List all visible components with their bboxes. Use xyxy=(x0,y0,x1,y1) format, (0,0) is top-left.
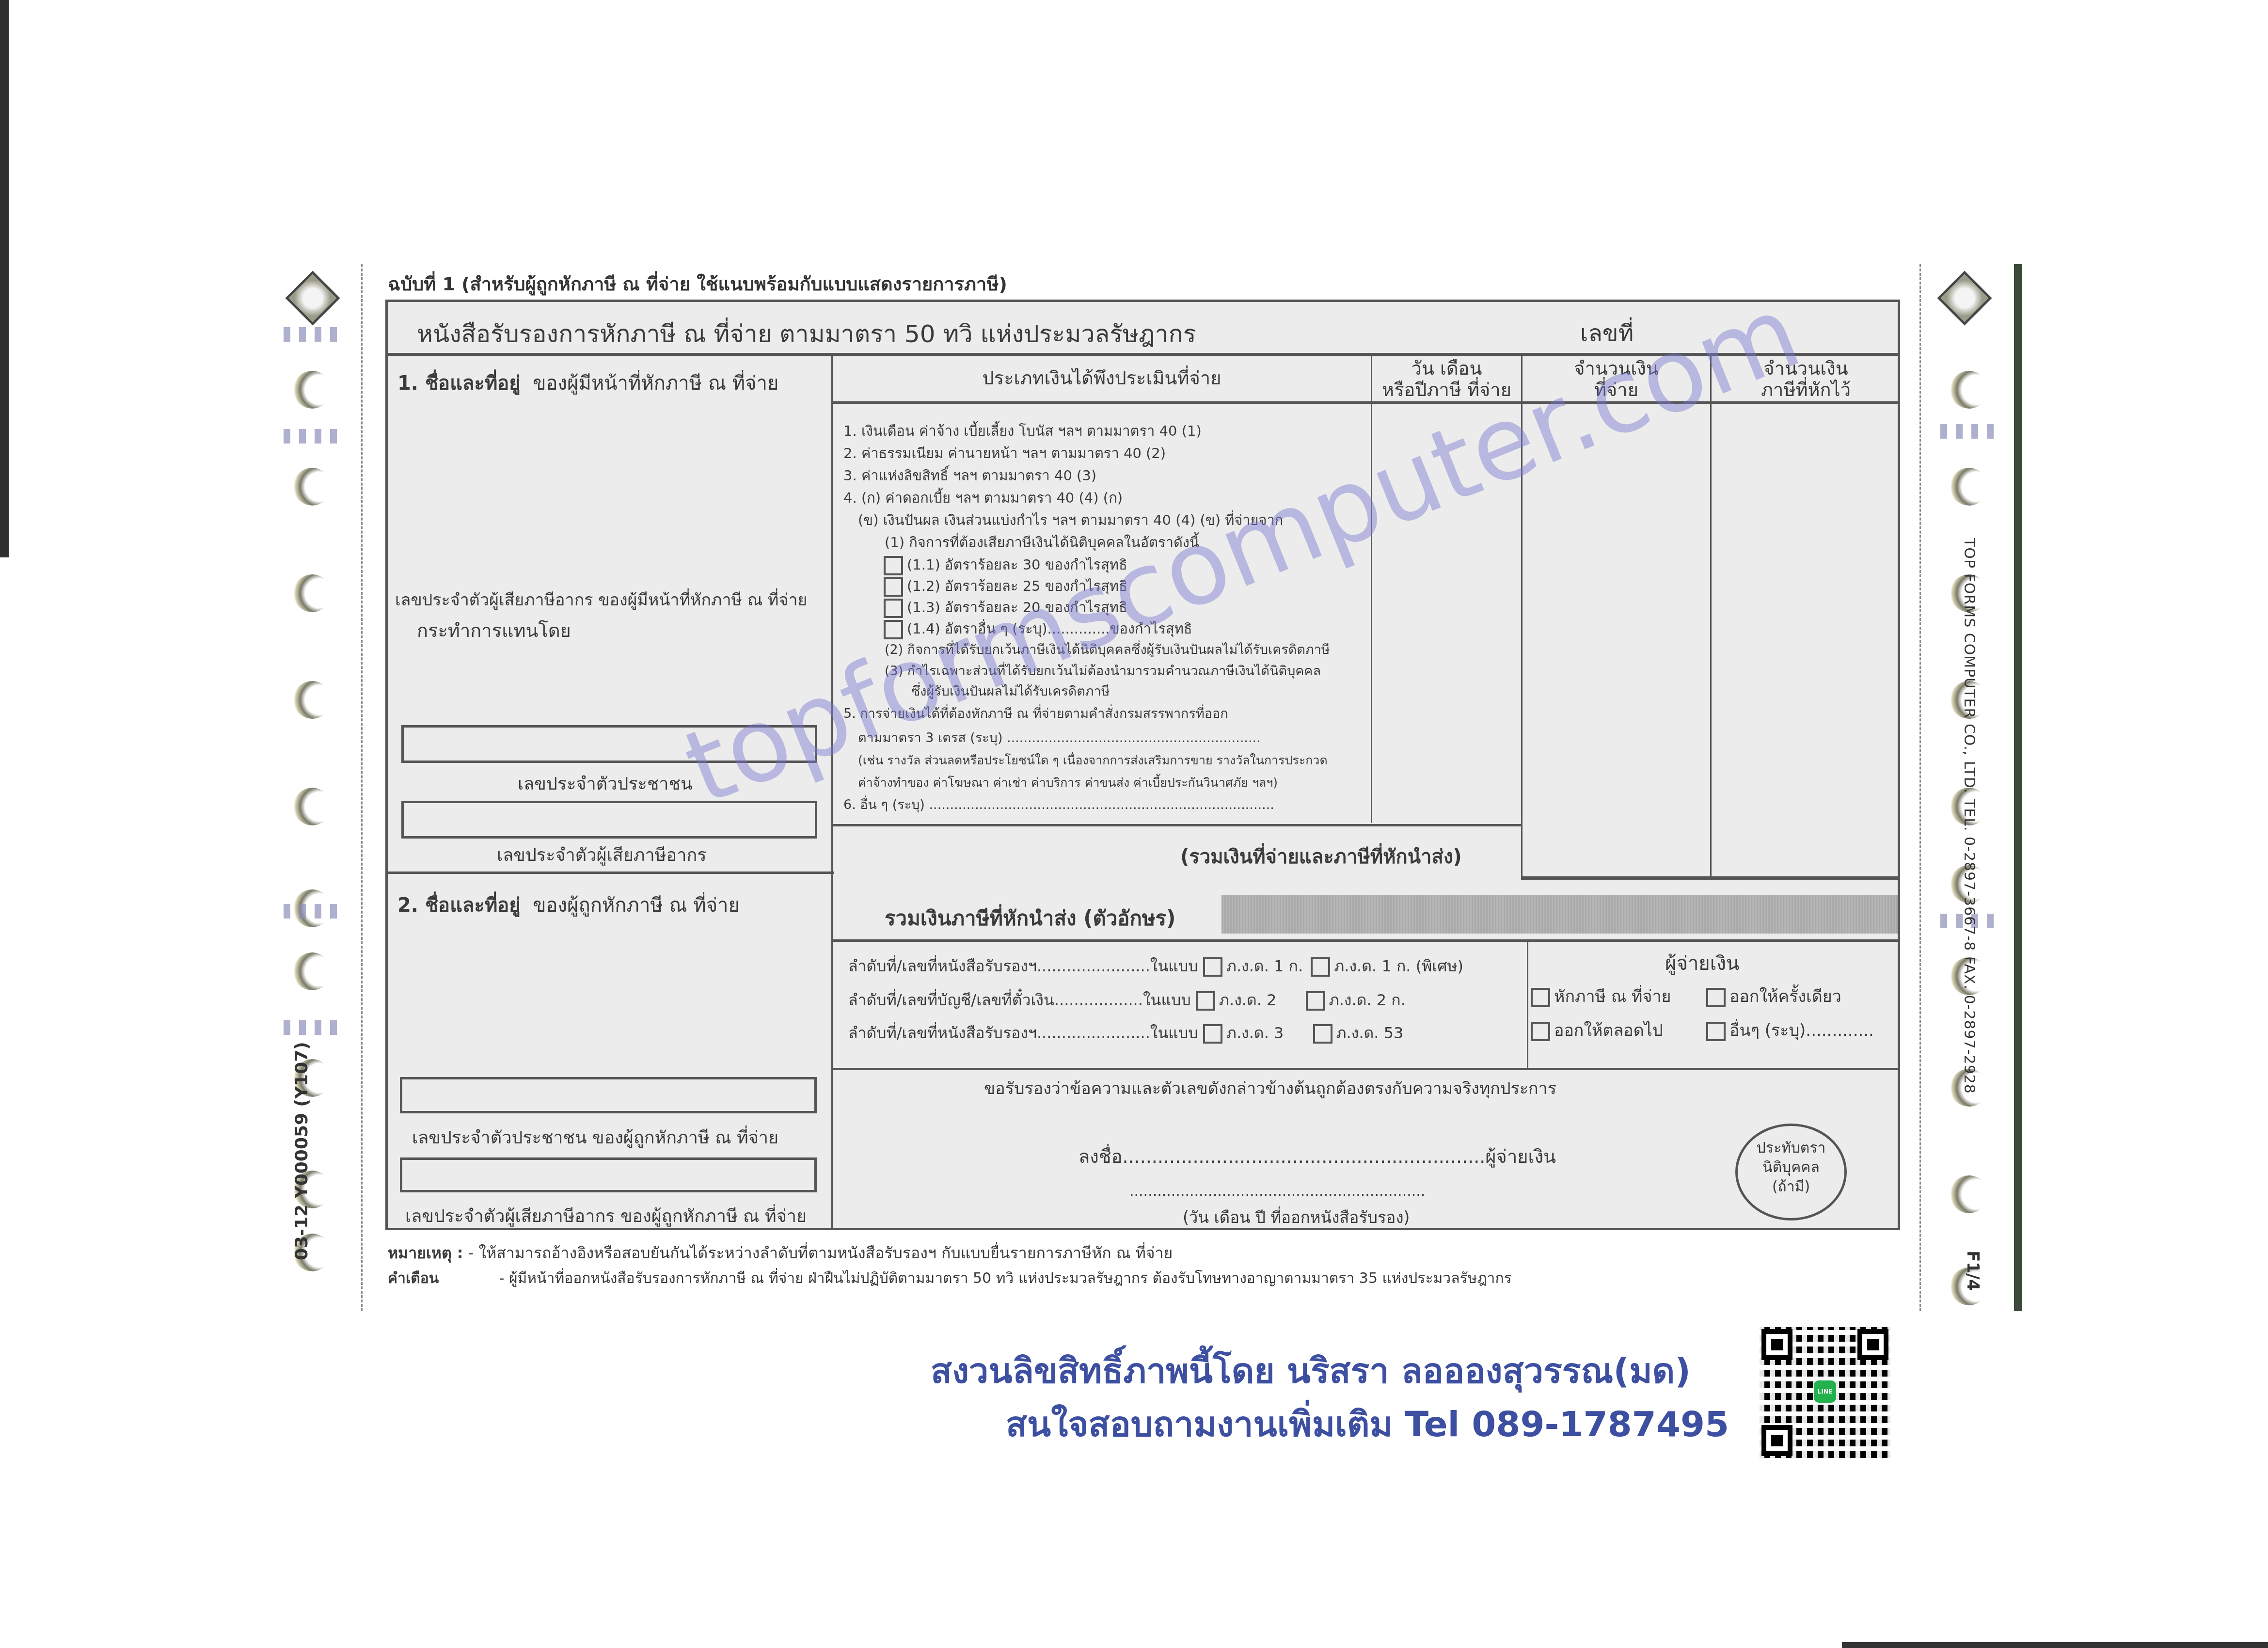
checkbox[interactable] xyxy=(884,556,903,575)
stamp-line: (ถ้ามี) xyxy=(1738,1177,1844,1197)
checkbox[interactable] xyxy=(1706,1022,1726,1041)
section2-heading-rest: ของผู้ถูกหักภาษี ณ ที่จ่าย xyxy=(533,894,740,917)
perforation-marks xyxy=(1940,424,1994,439)
diamond-hole-icon xyxy=(1937,270,1992,325)
checkbox[interactable] xyxy=(1311,957,1330,977)
tractor-hole-icon xyxy=(1950,1175,1988,1213)
divider xyxy=(831,353,833,872)
section2-taxpayer-id-input[interactable] xyxy=(400,1157,817,1192)
note-label: หมายเหตุ : xyxy=(388,1244,463,1262)
scan-edge-right xyxy=(2014,264,2022,1311)
diamond-hole-icon xyxy=(285,270,340,325)
total-words-field[interactable] xyxy=(1221,895,1898,934)
filing-option-label: ภ.ง.ด. 1 ก. (พิเศษ) xyxy=(1334,957,1463,975)
checkbox[interactable] xyxy=(1313,1024,1332,1044)
divider xyxy=(1527,939,1528,1069)
payer-option[interactable]: ออกให้ครั้งเดียว xyxy=(1706,983,1841,1009)
payer-option[interactable]: อื่นๆ (ระบุ)............. xyxy=(1706,1017,1874,1043)
checkbox[interactable] xyxy=(1196,991,1215,1011)
date-issued-label: (วัน เดือน ปี ที่ออกหนังสือรับรอง) xyxy=(1183,1204,1410,1230)
qr-finder-icon xyxy=(1761,1425,1792,1456)
line-app-icon: LINE xyxy=(1814,1380,1836,1403)
section2-taxpayer-id-label: เลขประจำตัวผู้เสียภาษีอากร ของผู้ถูกหักภ… xyxy=(405,1202,807,1230)
section1-taxpayer-id-label: เลขประจำตัวผู้เสียภาษีอากร xyxy=(497,841,707,869)
payer-option[interactable]: ออกให้ตลอดไป xyxy=(1531,1017,1663,1043)
checkbox[interactable] xyxy=(1531,988,1550,1007)
filing-row-label: ลำดับที่/เลขที่บัญชี/เลขที่ตั๋วเงิน.....… xyxy=(848,991,1191,1009)
payer-option-label: ออกให้ครั้งเดียว xyxy=(1729,987,1841,1006)
printer-info: TOP FORMS COMPUTER CO., LTD. TEL. 0-2897… xyxy=(1961,538,1978,1094)
checkbox[interactable] xyxy=(1531,1022,1550,1041)
checkbox[interactable] xyxy=(1203,957,1222,977)
perforation-marks xyxy=(284,1020,337,1035)
tractor-hole-icon xyxy=(293,574,331,612)
total-label: (รวมเงินที่จ่ายและภาษีที่หักนำส่ง) xyxy=(1180,841,1462,872)
payer-option-label: อื่นๆ (ระบุ)............. xyxy=(1729,1021,1874,1040)
qr-finder-icon xyxy=(1761,1329,1792,1360)
copy-note: ฉบับที่ 1 (สำหรับผู้ถูกหักภาษี ณ ที่จ่าย… xyxy=(388,269,1007,299)
checkbox[interactable] xyxy=(884,599,903,618)
scan-edge xyxy=(0,0,9,557)
income-item: 1. เงินเดือน ค่าจ้าง เบี้ยเลี้ยง โบนัส ฯ… xyxy=(843,420,1202,442)
note-text: - ให้สามารถอ้างอิงหรือสอบยันกันได้ระหว่า… xyxy=(468,1244,1173,1262)
filing-row-label: ลำดับที่/เลขที่หนังสือรับรองฯ...........… xyxy=(848,957,1198,975)
section1-heading-bold: 1. ชื่อและที่อยู่ xyxy=(397,372,521,395)
section1-payer-taxid-label: เลขประจำตัวผู้เสียภาษีอากร ของผู้มีหน้าท… xyxy=(395,586,807,613)
signature-line[interactable]: ลงชื่อ..................................… xyxy=(1078,1141,1556,1171)
divider xyxy=(1521,876,1900,880)
note-row: หมายเหตุ : - ให้สามารถอ้างอิงหรือสอบยันก… xyxy=(388,1241,1173,1266)
qr-finder-icon xyxy=(1857,1329,1888,1360)
stamp-line: ประทับตรา xyxy=(1738,1139,1844,1158)
payer-option-label: หักภาษี ณ ที่จ่าย xyxy=(1554,987,1671,1006)
tractor-strip-left xyxy=(264,264,363,1311)
warning-row: คำเตือน - ผู้มีหน้าที่ออกหนังสือรับรองกา… xyxy=(388,1267,1512,1290)
filing-row-label: ลำดับที่/เลขที่หนังสือรับรองฯ...........… xyxy=(848,1024,1198,1042)
acting-by-label: กระทำการแทนโดย xyxy=(417,616,571,645)
total-words-label: รวมเงินภาษีที่หักนำส่ง (ตัวอักษร) xyxy=(885,903,1175,935)
qr-code-line-icon[interactable]: LINE xyxy=(1760,1327,1890,1458)
income-item: (เช่น รางวัล ส่วนลดหรือประโยชน์ใด ๆ เนื่… xyxy=(858,749,1328,772)
divider xyxy=(831,1068,1900,1070)
divider xyxy=(1710,353,1712,879)
income-item: 4. (ก) ค่าดอกเบี้ย ฯลฯ ตามมาตรา 40 (4) (… xyxy=(843,487,1123,509)
perforation-marks xyxy=(284,904,337,919)
income-item: ค่าจ้างทำของ ค่าโฆษณา ค่าเช่า ค่าบริการ … xyxy=(858,772,1278,794)
filing-row: ลำดับที่/เลขที่หนังสือรับรองฯ...........… xyxy=(848,954,1463,979)
section2-citizen-id-label: เลขประจำตัวประชาชน ของผู้ถูกหักภาษี ณ ที… xyxy=(412,1124,778,1151)
filing-option-label: ภ.ง.ด. 1 ก. xyxy=(1226,957,1303,975)
section2-heading: 2. ชื่อและที่อยู่ ของผู้ถูกหักภาษี ณ ที่… xyxy=(397,889,740,920)
divider xyxy=(831,872,833,1230)
tractor-hole-icon xyxy=(293,371,331,409)
divider xyxy=(385,872,834,874)
section2-citizen-id-input[interactable] xyxy=(400,1077,817,1113)
tractor-hole-icon xyxy=(1950,371,1988,409)
divider xyxy=(831,939,1900,942)
tractor-hole-icon xyxy=(293,952,331,990)
warning-text: - ผู้มีหน้าที่ออกหนังสือรับรองการหักภาษี… xyxy=(499,1270,1512,1287)
page-code: F1/4 xyxy=(1963,1251,1983,1291)
company-seal-circle: ประทับตรา นิติบุคคล (ถ้ามี) xyxy=(1735,1124,1847,1220)
payer-option-label: ออกให้ตลอดไป xyxy=(1554,1021,1663,1040)
divider xyxy=(831,824,1522,826)
checkbox[interactable] xyxy=(1706,988,1726,1007)
filing-row: ลำดับที่/เลขที่บัญชี/เลขที่ตั๋วเงิน.....… xyxy=(848,988,1406,1013)
scan-edge-bottom xyxy=(1842,1642,2268,1648)
perforation-marks xyxy=(284,327,337,342)
section1-citizen-id-label: เลขประจำตัวประชาชน xyxy=(518,770,693,797)
header-income-type: ประเภทเงินได้พึงประเมินที่จ่าย xyxy=(833,367,1371,389)
checkbox[interactable] xyxy=(1306,991,1325,1011)
payer-title: ผู้จ่ายเงิน xyxy=(1665,948,1739,979)
income-item: 2. ค่าธรรมเนียม ค่านายหน้า ฯลฯ ตามมาตรา … xyxy=(843,442,1166,464)
filing-option-label: ภ.ง.ด. 3 xyxy=(1226,1024,1284,1042)
warning-label: คำเตือน xyxy=(388,1267,494,1290)
section1-heading-rest: ของผู้มีหน้าที่หักภาษี ณ ที่จ่าย xyxy=(533,372,778,395)
checkbox[interactable] xyxy=(884,577,903,597)
date-issued-line[interactable]: ........................................… xyxy=(1129,1183,1425,1200)
header-date-line1: วัน เดือน xyxy=(1372,358,1521,379)
perforation-marks xyxy=(284,429,337,444)
tractor-hole-icon xyxy=(1950,468,1988,506)
section1-heading: 1. ชื่อและที่อยู่ ของผู้มีหน้าที่หักภาษี… xyxy=(397,367,778,398)
form-code: 03-12 Y000059 (Y107) xyxy=(292,1042,312,1260)
divider xyxy=(1371,353,1372,823)
section2-heading-bold: 2. ชื่อและที่อยู่ xyxy=(397,894,521,917)
copyright-line: สงวนลิขสิทธิ์ภาพนี้โดย นริสรา ลออองสุวรร… xyxy=(931,1343,1691,1398)
filing-option-label: ภ.ง.ด. 53 xyxy=(1336,1024,1404,1042)
filing-option-label: ภ.ง.ด. 2 ก. xyxy=(1329,991,1406,1009)
certify-text: ขอรับรองว่าข้อความและตัวเลขดังกล่าวข้างต… xyxy=(984,1075,1556,1101)
tractor-hole-icon xyxy=(293,681,331,719)
filing-row: ลำดับที่/เลขที่หนังสือรับรองฯ...........… xyxy=(848,1021,1403,1046)
payer-option[interactable]: หักภาษี ณ ที่จ่าย xyxy=(1531,983,1671,1009)
checkbox[interactable] xyxy=(1203,1024,1222,1044)
income-item: 3. ค่าแห่งลิขสิทธิ์ ฯลฯ ตามมาตรา 40 (3) xyxy=(843,464,1096,487)
tractor-hole-icon xyxy=(293,788,331,825)
stamp-line: นิติบุคคล xyxy=(1738,1158,1844,1177)
form-title: หนังสือรับรองการหักภาษี ณ ที่จ่าย ตามมาต… xyxy=(417,315,1196,353)
contact-line: สนใจสอบถามงานเพิ่มเติม Tel 089-1787495 xyxy=(1006,1396,1729,1452)
income-item: 6. อื่น ๆ (ระบุ) .......................… xyxy=(843,794,1274,816)
filing-option-label: ภ.ง.ด. 2 xyxy=(1219,991,1277,1009)
tractor-hole-icon xyxy=(293,468,331,506)
